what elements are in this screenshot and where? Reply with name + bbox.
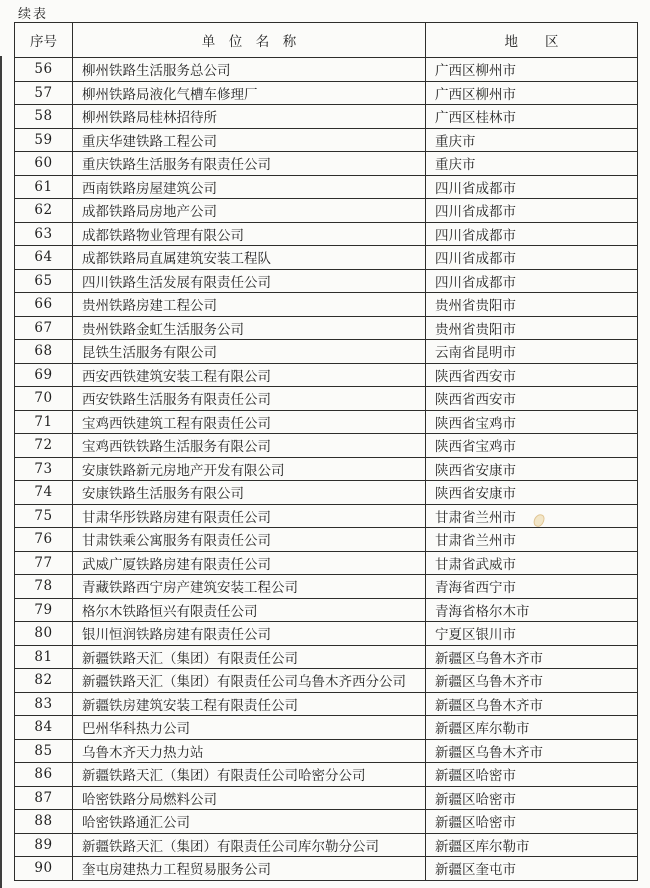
table-row: 82新疆铁路天汇（集团）有限责任公司乌鲁木齐西分公司新疆区乌鲁木齐市: [15, 669, 638, 693]
cell-no: 64: [15, 246, 73, 270]
cell-name: 重庆铁路生活服务有限责任公司: [73, 152, 426, 176]
cell-name: 重庆华建铁路工程公司: [73, 128, 426, 152]
cell-name: 安康铁路生活服务有限公司: [73, 481, 426, 505]
cell-no: 72: [15, 434, 73, 458]
table-row: 89新疆铁路天汇（集团）有限责任公司库尔勒分公司新疆区库尔勒市: [15, 833, 638, 857]
cell-region: 陕西省西安市: [426, 387, 638, 411]
cell-name: 新疆铁房建筑安装工程有限责任公司: [73, 692, 426, 716]
cell-name: 巴州华科热力公司: [73, 716, 426, 740]
table-row: 63成都铁路物业管理有限公司四川省成都市: [15, 222, 638, 246]
cell-no: 79: [15, 598, 73, 622]
cell-region: 新疆区乌鲁木齐市: [426, 669, 638, 693]
table-row: 58柳州铁路局桂林招待所广西区桂林市: [15, 105, 638, 129]
cell-region: 新疆区乌鲁木齐市: [426, 692, 638, 716]
cell-no: 89: [15, 833, 73, 857]
cell-no: 56: [15, 58, 73, 82]
cell-no: 71: [15, 410, 73, 434]
cell-name: 贵州铁路房建工程公司: [73, 293, 426, 317]
units-regions-table: 序号 单 位 名 称 地 区 56柳州铁路生活服务总公司广西区柳州市57柳州铁路…: [14, 22, 638, 881]
cell-region: 广西区柳州市: [426, 81, 638, 105]
table-row: 87哈密铁路分局燃料公司新疆区哈密市: [15, 786, 638, 810]
cell-name: 新疆铁路天汇（集团）有限责任公司: [73, 645, 426, 669]
cell-region: 新疆区哈密市: [426, 810, 638, 834]
cell-no: 84: [15, 716, 73, 740]
table-row: 76甘肃铁乘公寓服务有限责任公司甘肃省兰州市: [15, 528, 638, 552]
cell-no: 60: [15, 152, 73, 176]
cell-region: 新疆区库尔勒市: [426, 833, 638, 857]
cell-no: 65: [15, 269, 73, 293]
cell-no: 81: [15, 645, 73, 669]
cell-name: 西安西铁建筑安装工程有限公司: [73, 363, 426, 387]
cell-name: 成都铁路局房地产公司: [73, 199, 426, 223]
cell-name: 哈密铁路分局燃料公司: [73, 786, 426, 810]
cell-no: 83: [15, 692, 73, 716]
table-row: 73安康铁路新元房地产开发有限公司陕西省安康市: [15, 457, 638, 481]
table-header: 序号 单 位 名 称 地 区: [15, 23, 638, 58]
cell-no: 73: [15, 457, 73, 481]
cell-no: 87: [15, 786, 73, 810]
cell-region: 贵州省贵阳市: [426, 316, 638, 340]
cell-name: 昆铁生活服务有限公司: [73, 340, 426, 364]
header-index: 序号: [15, 23, 73, 58]
table-row: 64成都铁路局直属建筑安装工程队四川省成都市: [15, 246, 638, 270]
cell-region: 宁夏区银川市: [426, 622, 638, 646]
header-region: 地 区: [426, 23, 638, 58]
cell-no: 58: [15, 105, 73, 129]
cell-region: 新疆区哈密市: [426, 786, 638, 810]
table-row: 84巴州华科热力公司新疆区库尔勒市: [15, 716, 638, 740]
cell-region: 广西区柳州市: [426, 58, 638, 82]
cell-region: 陕西省宝鸡市: [426, 410, 638, 434]
cell-name: 哈密铁路通汇公司: [73, 810, 426, 834]
cell-name: 青藏铁路西宁房产建筑安装工程公司: [73, 575, 426, 599]
cell-name: 奎屯房建热力工程贸易服务公司: [73, 857, 426, 881]
table-row: 61西南铁路房屋建筑公司四川省成都市: [15, 175, 638, 199]
table-row: 85乌鲁木齐天力热力站新疆区乌鲁木齐市: [15, 739, 638, 763]
cell-region: 四川省成都市: [426, 175, 638, 199]
cell-region: 贵州省贵阳市: [426, 293, 638, 317]
cell-region: 新疆区哈密市: [426, 763, 638, 787]
cell-name: 成都铁路物业管理有限公司: [73, 222, 426, 246]
cell-region: 新疆区库尔勒市: [426, 716, 638, 740]
cell-no: 80: [15, 622, 73, 646]
cell-name: 乌鲁木齐天力热力站: [73, 739, 426, 763]
cell-region: 新疆区奎屯市: [426, 857, 638, 881]
cell-region: 新疆区乌鲁木齐市: [426, 645, 638, 669]
cell-region: 陕西省宝鸡市: [426, 434, 638, 458]
cell-name: 柳州铁路局桂林招待所: [73, 105, 426, 129]
table-row: 70西安铁路生活服务有限责任公司陕西省西安市: [15, 387, 638, 411]
cell-name: 宝鸡西铁建筑工程有限责任公司: [73, 410, 426, 434]
cell-no: 67: [15, 316, 73, 340]
table-row: 81新疆铁路天汇（集团）有限责任公司新疆区乌鲁木齐市: [15, 645, 638, 669]
cell-no: 59: [15, 128, 73, 152]
cell-no: 61: [15, 175, 73, 199]
cell-name: 西南铁路房屋建筑公司: [73, 175, 426, 199]
cell-no: 88: [15, 810, 73, 834]
table-row: 68昆铁生活服务有限公司云南省昆明市: [15, 340, 638, 364]
cell-no: 77: [15, 551, 73, 575]
cell-no: 66: [15, 293, 73, 317]
table-row: 78青藏铁路西宁房产建筑安装工程公司青海省西宁市: [15, 575, 638, 599]
table-row: 80银川恒润铁路房建有限责任公司宁夏区银川市: [15, 622, 638, 646]
cell-region: 四川省成都市: [426, 269, 638, 293]
cell-name: 甘肃华彤铁路房建有限责任公司: [73, 504, 426, 528]
cell-region: 新疆区乌鲁木齐市: [426, 739, 638, 763]
cell-no: 63: [15, 222, 73, 246]
cell-name: 西安铁路生活服务有限责任公司: [73, 387, 426, 411]
table-row: 62成都铁路局房地产公司四川省成都市: [15, 199, 638, 223]
cell-name: 安康铁路新元房地产开发有限公司: [73, 457, 426, 481]
table-row: 56柳州铁路生活服务总公司广西区柳州市: [15, 58, 638, 82]
cell-region: 陕西省安康市: [426, 457, 638, 481]
table-row: 65四川铁路生活发展有限责任公司四川省成都市: [15, 269, 638, 293]
cell-name: 柳州铁路局液化气槽车修理厂: [73, 81, 426, 105]
cell-no: 75: [15, 504, 73, 528]
cell-region: 四川省成都市: [426, 246, 638, 270]
cell-no: 74: [15, 481, 73, 505]
cell-region: 甘肃省兰州市: [426, 504, 638, 528]
header-unit-name: 单 位 名 称: [73, 23, 426, 58]
cell-no: 90: [15, 857, 73, 881]
cell-no: 85: [15, 739, 73, 763]
table-body: 56柳州铁路生活服务总公司广西区柳州市57柳州铁路局液化气槽车修理厂广西区柳州市…: [15, 58, 638, 881]
cell-region: 重庆市: [426, 128, 638, 152]
cell-region: 青海省格尔木市: [426, 598, 638, 622]
table-row: 69西安西铁建筑安装工程有限公司陕西省西安市: [15, 363, 638, 387]
cell-region: 广西区桂林市: [426, 105, 638, 129]
cell-name: 银川恒润铁路房建有限责任公司: [73, 622, 426, 646]
cell-name: 新疆铁路天汇（集团）有限责任公司库尔勒分公司: [73, 833, 426, 857]
cell-no: 68: [15, 340, 73, 364]
cell-region: 四川省成都市: [426, 222, 638, 246]
cell-name: 新疆铁路天汇（集团）有限责任公司哈密分公司: [73, 763, 426, 787]
cell-no: 62: [15, 199, 73, 223]
cell-name: 格尔木铁路恒兴有限责任公司: [73, 598, 426, 622]
cell-name: 宝鸡西铁铁路生活服务有限公司: [73, 434, 426, 458]
cell-name: 贵州铁路金虹生活服务公司: [73, 316, 426, 340]
cell-name: 成都铁路局直属建筑安装工程队: [73, 246, 426, 270]
cell-name: 柳州铁路生活服务总公司: [73, 58, 426, 82]
table-row: 72宝鸡西铁铁路生活服务有限公司陕西省宝鸡市: [15, 434, 638, 458]
continued-table-label: 续表: [18, 3, 48, 22]
table-row: 77武威广厦铁路房建有限责任公司甘肃省武威市: [15, 551, 638, 575]
table-row: 57柳州铁路局液化气槽车修理厂广西区柳州市: [15, 81, 638, 105]
header-row: 序号 单 位 名 称 地 区: [15, 23, 638, 58]
table-row: 66贵州铁路房建工程公司贵州省贵阳市: [15, 293, 638, 317]
cell-no: 78: [15, 575, 73, 599]
cell-name: 武威广厦铁路房建有限责任公司: [73, 551, 426, 575]
cell-region: 青海省西宁市: [426, 575, 638, 599]
cell-region: 云南省昆明市: [426, 340, 638, 364]
cell-no: 69: [15, 363, 73, 387]
table-row: 79格尔木铁路恒兴有限责任公司青海省格尔木市: [15, 598, 638, 622]
table-row: 74安康铁路生活服务有限公司陕西省安康市: [15, 481, 638, 505]
cell-region: 甘肃省武威市: [426, 551, 638, 575]
cell-region: 陕西省西安市: [426, 363, 638, 387]
cell-region: 四川省成都市: [426, 199, 638, 223]
cell-region: 甘肃省兰州市: [426, 528, 638, 552]
cell-region: 重庆市: [426, 152, 638, 176]
cell-no: 70: [15, 387, 73, 411]
cell-name: 四川铁路生活发展有限责任公司: [73, 269, 426, 293]
cell-no: 76: [15, 528, 73, 552]
cell-no: 86: [15, 763, 73, 787]
cell-region: 陕西省安康市: [426, 481, 638, 505]
table-row: 59重庆华建铁路工程公司重庆市: [15, 128, 638, 152]
cell-no: 82: [15, 669, 73, 693]
table-row: 83新疆铁房建筑安装工程有限责任公司新疆区乌鲁木齐市: [15, 692, 638, 716]
table-row: 88哈密铁路通汇公司新疆区哈密市: [15, 810, 638, 834]
table-row: 60重庆铁路生活服务有限责任公司重庆市: [15, 152, 638, 176]
table-row: 71宝鸡西铁建筑工程有限责任公司陕西省宝鸡市: [15, 410, 638, 434]
table-row: 86新疆铁路天汇（集团）有限责任公司哈密分公司新疆区哈密市: [15, 763, 638, 787]
cell-name: 新疆铁路天汇（集团）有限责任公司乌鲁木齐西分公司: [73, 669, 426, 693]
table-row: 90奎屯房建热力工程贸易服务公司新疆区奎屯市: [15, 857, 638, 881]
scan-edge-artifact: [0, 56, 2, 888]
cell-no: 57: [15, 81, 73, 105]
table-row: 67贵州铁路金虹生活服务公司贵州省贵阳市: [15, 316, 638, 340]
cell-name: 甘肃铁乘公寓服务有限责任公司: [73, 528, 426, 552]
